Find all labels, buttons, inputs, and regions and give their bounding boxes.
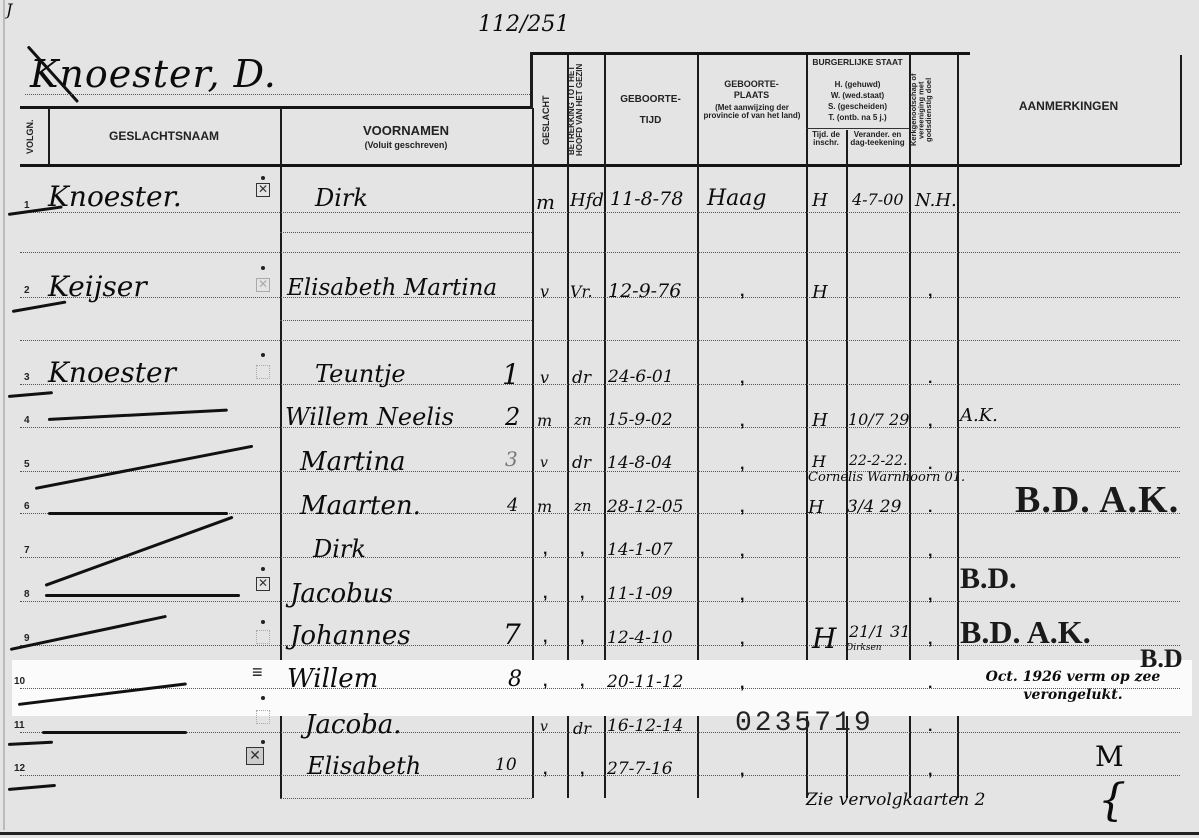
status-change-cell: 21/1 31 [849, 622, 910, 641]
row-line [20, 297, 1180, 298]
remarks-stamp: B.D. [960, 562, 1017, 596]
relation-cell: dr [572, 453, 591, 473]
child-number: 10 [495, 755, 517, 775]
sex-cell: v [540, 368, 549, 387]
given-name-cell: Martina [300, 447, 406, 477]
sex-cell: v [540, 455, 548, 471]
status-change-cell: 4-7-00 [852, 190, 904, 209]
faint-box-icon [256, 630, 270, 644]
serial-number-stamp: 0235719 [735, 708, 874, 739]
footer-flourish: { [1098, 775, 1126, 826]
civil-status-cell: H [812, 410, 828, 431]
ditto-mark: , [543, 633, 547, 643]
birth-place-cell: Haag [707, 186, 767, 211]
row-number: 5 [24, 459, 30, 470]
ditto-mark: , [580, 545, 584, 555]
given-name-cell: Willem Neelis [285, 403, 454, 431]
symbol-dot [261, 353, 265, 357]
remarks-stamp: B.D. A.K. [960, 614, 1091, 651]
col-header-betrekking: BETREKKING TOT HET HOOFD VAN HET GEZIN [568, 58, 602, 162]
footer-initial: M [1095, 740, 1124, 773]
given-name-cell: Elisabeth Martina [287, 275, 497, 301]
birth-date-cell: 12-4-10 [607, 628, 673, 648]
ditto-mark: , [580, 765, 584, 775]
ditto-mark: , [740, 591, 744, 601]
continuation-note: Zie vervolgkaarten 2 [806, 790, 985, 810]
row-number: 2 [24, 285, 30, 296]
remarks-cell: A.K. [960, 405, 998, 426]
ditto-mark: , [740, 503, 744, 513]
header-step [530, 52, 533, 109]
symbol-dot [261, 696, 265, 700]
ditto-mark: , [928, 417, 932, 427]
col-header-voornamen-sub: (Voluit geschreven) [280, 141, 532, 150]
col-header-volgn: VOLGN. [26, 112, 35, 162]
status-change-cell: 3/4 29 [847, 497, 901, 517]
ditto-stroke [35, 445, 253, 490]
row-line [20, 775, 1180, 776]
row-line [20, 340, 1180, 341]
sex-cell: m [537, 497, 552, 516]
given-name-cell: Maarten. [300, 491, 421, 521]
ditto-mark: , [928, 547, 932, 557]
relation-cell: dr [572, 368, 591, 388]
row-number: 7 [24, 545, 30, 556]
row-line [20, 557, 1180, 558]
deceased-cross-box-icon: ✕ [256, 183, 270, 197]
col-header-geboorteplaats-sub: (Met aanwijzing der provincie of van het… [702, 104, 802, 121]
col-line [1180, 55, 1182, 165]
ditto-stroke [42, 731, 187, 734]
child-number: 7 [503, 618, 521, 651]
row-number: 10 [14, 676, 25, 687]
remarks-stamp: B.D. A.K. [1015, 478, 1179, 522]
civil-status-cell: H [812, 282, 828, 303]
bs-legend-w: W. (wed.staat) [806, 92, 909, 100]
symbol-dot [261, 620, 265, 624]
col-header-verander: Verander. en dag-teekening [846, 131, 909, 148]
row-line [280, 798, 532, 799]
corner-mark: J [6, 0, 12, 19]
row-line [20, 212, 1180, 213]
ditto-mark: , [740, 417, 744, 427]
spouse-name-annotation: Cornelis Warnhoorn 01. [808, 470, 965, 485]
col-header-tijd-inschr: Tijd. de inschr. [806, 131, 846, 148]
child-number: 2 [505, 403, 520, 431]
ditto-mark: , [543, 677, 547, 687]
birth-date-cell: 28-12-05 [607, 497, 683, 517]
civil-status-cell: H [812, 622, 836, 655]
ditto-mark: , [543, 765, 547, 775]
symbol-dot [261, 567, 265, 571]
faint-cross-box-icon: ✕ [256, 278, 270, 292]
ditto-mark: , [928, 766, 932, 776]
bs-legend-s: S. (gescheiden) [806, 103, 909, 111]
civil-status-cell: H [812, 190, 828, 211]
row-number: 11 [14, 720, 25, 731]
col-header-geboorteplaats-2: PLAATS [697, 91, 806, 100]
relation-cell: Hfd [570, 190, 604, 211]
surname-cell: Knoester [48, 356, 176, 389]
faint-box-icon [256, 710, 270, 724]
sex-cell: m [536, 190, 555, 214]
bs-legend-h: H. (gehuwd) [806, 81, 909, 89]
sex-cell: m [537, 411, 552, 430]
birth-date-cell: 27-7-16 [607, 759, 673, 779]
birth-date-cell: 16-12-14 [607, 716, 683, 736]
col-header-geboortetijd-2: TIJD [604, 116, 697, 127]
row-line [280, 232, 532, 233]
row-number: 9 [24, 633, 30, 644]
given-name-cell: Elisabeth [307, 752, 421, 780]
ditto-stroke [45, 516, 234, 587]
given-name-cell: Jacoba. [305, 710, 402, 740]
symbol-dot [261, 266, 265, 270]
spouse-name-annotation: Dirksen [846, 643, 882, 653]
status-change-cell: 22-2-22. [849, 453, 907, 469]
ditto-mark: . [928, 679, 932, 689]
row-line [20, 427, 1180, 428]
church-cell: N.H. [915, 190, 957, 211]
row-number: 6 [24, 501, 30, 512]
ditto-stroke [48, 512, 228, 515]
row-number: 8 [24, 589, 30, 600]
ditto-mark: , [740, 635, 744, 645]
underline-stroke [8, 391, 53, 397]
given-name-cell: Dirk [315, 184, 368, 212]
given-name-cell: Johannes [290, 621, 411, 651]
ditto-stroke [45, 594, 240, 597]
surname-cell: Keijser [48, 270, 147, 303]
name-dotted-line [25, 94, 530, 95]
ditto-mark: , [740, 766, 744, 776]
deceased-cross-box-icon: ✕ [246, 747, 264, 765]
ditto-mark: , [928, 635, 932, 645]
remarks-cell: Oct. 1926 verm op zee verongelukt. [958, 668, 1188, 704]
birth-date-cell: 20-11-12 [607, 672, 683, 692]
col-header-burgerlijke-staat: BURGERLIJKE STAAT [806, 58, 909, 67]
underline-stroke [12, 300, 67, 312]
relation-cell: zn [574, 411, 592, 429]
ditto-mark: , [740, 460, 744, 470]
ditto-mark: , [543, 589, 547, 599]
row-line [20, 732, 1180, 733]
ditto-mark: , [543, 545, 547, 555]
birth-date-cell: 14-1-07 [607, 540, 673, 560]
card-bottom-edge [0, 832, 1199, 835]
relation-cell: zn [574, 497, 592, 515]
ditto-mark: , [740, 547, 744, 557]
ditto-mark: , [928, 287, 932, 297]
row-number: 4 [24, 415, 30, 426]
row-number: 12 [14, 763, 25, 774]
symbol-dot [261, 740, 265, 744]
header-top-rule-right [530, 52, 970, 55]
child-number: 4 [507, 495, 518, 516]
birth-date-cell: 11-8-78 [610, 188, 683, 210]
card-left-edge [3, 0, 5, 830]
col-header-geslacht: GESLACHT [542, 80, 551, 160]
row-line [20, 252, 1180, 253]
row-line [280, 320, 532, 321]
given-name-cell: Jacobus [290, 579, 393, 609]
child-number: 3 [505, 447, 518, 471]
header-top-rule-left [20, 106, 533, 109]
reference-number: 112/251 [478, 12, 569, 37]
row-line [20, 384, 1180, 385]
birth-date-cell: 11-1-09 [607, 584, 673, 604]
ditto-mark: . [928, 722, 932, 732]
civil-status-cell: H [812, 452, 826, 471]
row-number: 3 [24, 372, 30, 383]
col-header-geslachtsnaam: GESLACHTSNAAM [48, 130, 280, 143]
col-header-kerkgenootschap: Kerkgenootschap of vereeniging met godsd… [910, 58, 956, 162]
bs-legend-t: T. (ontb. na 5 j.) [806, 114, 909, 122]
col-header-voornamen: VOORNAMEN [280, 124, 532, 138]
ditto-mark: . [928, 503, 932, 513]
ditto-mark: , [580, 633, 584, 643]
relation-cell: dr [573, 719, 591, 738]
col-header-geboortetijd-1: GEBOORTE- [604, 95, 697, 106]
given-name-cell: Dirk [313, 535, 366, 563]
sex-cell: v [540, 719, 548, 735]
col-header-aanmerkingen: AANMERKINGEN [957, 100, 1180, 113]
col-header-geboorteplaats-1: GEBOORTE- [697, 80, 806, 89]
birth-date-cell: 12-9-76 [608, 280, 681, 302]
row-line [20, 601, 1180, 602]
child-number: 1 [502, 358, 520, 391]
child-number: 8 [508, 667, 522, 692]
ditto-mark: , [740, 679, 744, 689]
underline-stroke [8, 741, 53, 746]
ditto-mark: , [580, 677, 584, 687]
underline-stroke [8, 784, 56, 791]
birth-date-cell: 14-8-04 [607, 453, 673, 473]
ditto-stroke [48, 409, 228, 421]
person-card: J 112/251 Knoester, D. VOLGN. GESLACHTSN… [0, 0, 1199, 838]
ditto-mark: , [580, 589, 584, 599]
deceased-cross-box-icon: ✕ [256, 577, 270, 591]
given-name-cell: Willem [287, 664, 378, 694]
sex-cell: v [540, 282, 549, 301]
relation-cell: Vr. [570, 282, 593, 301]
civil-status-cell: H [808, 497, 824, 518]
birth-date-cell: 24-6-01 [608, 367, 674, 387]
ditto-mark: , [740, 287, 744, 297]
symbol-dot [261, 176, 265, 180]
triple-bar-icon: ≡ [252, 667, 263, 677]
surname-cell: Knoester. [48, 180, 182, 213]
header-bottom-rule [20, 164, 1180, 167]
given-name-cell: Teuntje [315, 360, 406, 388]
ditto-mark: , [928, 591, 932, 601]
faint-box-icon [256, 365, 270, 379]
ditto-mark: , [740, 374, 744, 384]
status-change-cell: 10/7 29 [848, 410, 909, 429]
sub-rule [806, 128, 909, 129]
birth-date-cell: 15-9-02 [607, 410, 673, 430]
ditto-mark: . [928, 374, 932, 384]
row-line [20, 471, 1180, 472]
ditto-mark: . [928, 460, 932, 470]
